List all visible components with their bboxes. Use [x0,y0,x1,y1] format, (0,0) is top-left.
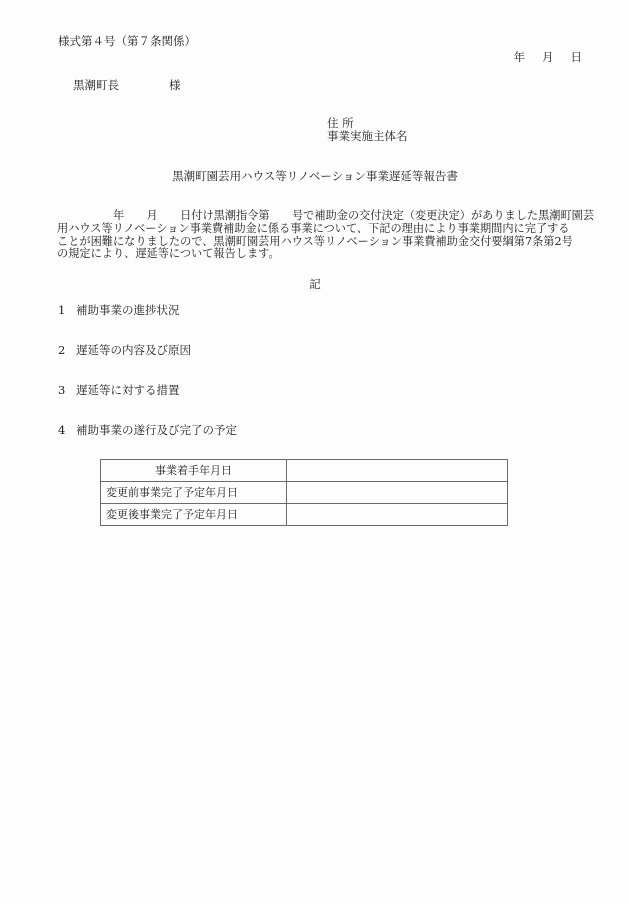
section-number: 3 [58,383,76,397]
date-month-label: 月 [542,50,554,64]
original-completion-date-label: 変更前事業完了予定年月日 [101,482,287,504]
applicant-entity-label: 事業実施主体名 [327,129,408,143]
body-line: 年 月 日付け黒潮指令第 号で補助金の交付決定（変更決定）がありました黒潮町園芸 [57,210,583,223]
date-line: 年月日 [514,50,583,64]
section-label: 遅延等の内容及び原因 [76,343,191,357]
section-label: 補助事業の遂行及び完了の予定 [76,423,237,437]
section-label: 補助事業の進捗状況 [76,303,180,317]
applicant-address-label: 住 所 [327,116,354,130]
section-item-schedule: 4補助事業の遂行及び完了の予定 [58,423,237,437]
table-row: 事業着手年月日 [101,460,508,482]
section-number: 4 [58,423,76,437]
revised-completion-date-label: 変更後事業完了予定年月日 [101,504,287,526]
section-item-delay-cause: 2遅延等の内容及び原因 [58,343,191,357]
section-label: 遅延等に対する措置 [76,383,180,397]
date-day-label: 日 [571,50,583,64]
schedule-table: 事業着手年月日 変更前事業完了予定年月日 変更後事業完了予定年月日 [100,459,508,526]
date-year-label: 年 [514,50,526,64]
form-number: 様式第４号（第７条関係） [58,34,196,48]
addressee: 黒潮町長様 [73,78,181,92]
start-date-label: 事業着手年月日 [101,460,287,482]
section-item-measures: 3遅延等に対する措置 [58,383,180,397]
section-number: 1 [58,303,76,317]
report-body-text: 年 月 日付け黒潮指令第 号で補助金の交付決定（変更決定）がありました黒潮町園芸… [57,210,583,261]
section-item-progress: 1補助事業の進捗状況 [58,303,180,317]
revised-completion-date-value[interactable] [287,504,508,526]
body-line: の規定により、遅延等について報告します。 [57,248,583,261]
table-row: 変更前事業完了予定年月日 [101,482,508,504]
original-completion-date-value[interactable] [287,482,508,504]
document-title: 黒潮町園芸用ハウス等リノベーション事業遅延等報告書 [0,169,630,183]
addressee-honorific: 様 [169,78,181,92]
section-number: 2 [58,343,76,357]
table-row: 変更後事業完了予定年月日 [101,504,508,526]
addressee-name: 黒潮町長 [73,78,119,92]
ki-heading: 記 [0,277,630,291]
start-date-value[interactable] [287,460,508,482]
body-line: 用ハウス等リノベーション事業費補助金に係る事業について、下記の理由により事業期間… [57,223,583,236]
